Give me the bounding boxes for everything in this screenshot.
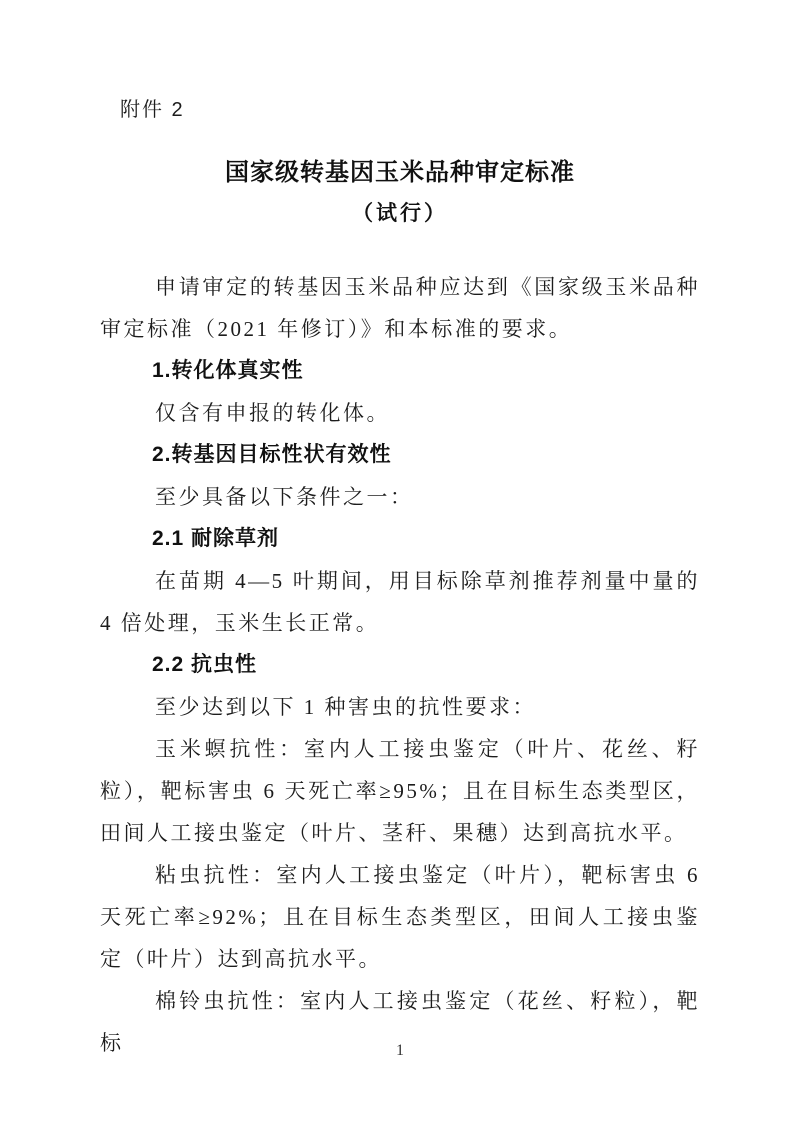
paragraph: 至少具备以下条件之一： — [100, 476, 700, 518]
intro-paragraph: 申请审定的转基因玉米品种应达到《国家级玉米品种审定标准（2021 年修订）》和本… — [100, 266, 700, 350]
paragraph: 在苗期 4—5 叶期间，用目标除草剂推荐剂量中量的 4 倍处理，玉米生长正常。 — [100, 560, 700, 644]
document-page: 附件 2 国家级转基因玉米品种审定标准 （试行） 申请审定的转基因玉米品种应达到… — [0, 0, 800, 1131]
page-number: 1 — [0, 1042, 800, 1060]
paragraph-corn-borer-resistance: 玉米螟抗性：室内人工接虫鉴定（叶片、花丝、籽粒），靶标害虫 6 天死亡率≥95%… — [100, 728, 700, 854]
section-heading-insect-resistance: 2.2 抗虫性 — [100, 644, 700, 686]
paragraph: 仅含有申报的转化体。 — [100, 392, 700, 434]
section-heading-target-trait-effectiveness: 2.转基因目标性状有效性 — [100, 434, 700, 476]
paragraph: 至少达到以下 1 种害虫的抗性要求： — [100, 686, 700, 728]
paragraph-armyworm-resistance: 粘虫抗性：室内人工接虫鉴定（叶片），靶标害虫 6 天死亡率≥92%；且在目标生态… — [100, 854, 700, 980]
document-title: 国家级转基因玉米品种审定标准 — [100, 156, 700, 190]
document-subtitle: （试行） — [100, 198, 700, 228]
section-heading-herbicide-tolerance: 2.1 耐除草剂 — [100, 518, 700, 560]
attachment-label: 附件 2 — [100, 96, 700, 124]
section-heading-transformant-authenticity: 1.转化体真实性 — [100, 350, 700, 392]
document-body: 申请审定的转基因玉米品种应达到《国家级玉米品种审定标准（2021 年修订）》和本… — [100, 266, 700, 1064]
